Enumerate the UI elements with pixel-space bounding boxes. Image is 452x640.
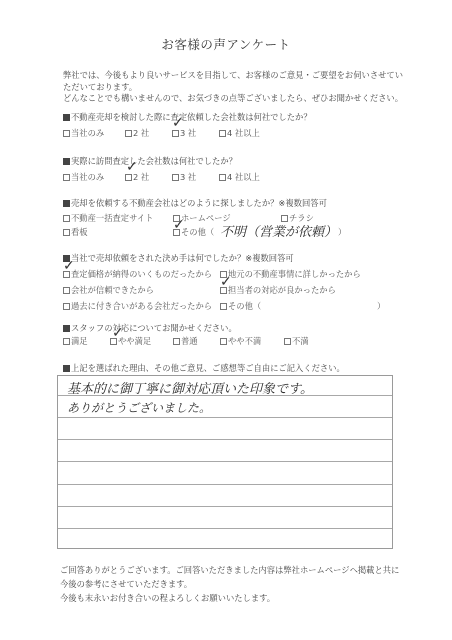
comment-handwritten-line-2: ありがとうございました。 [67, 399, 211, 416]
q5-option-3[interactable]: 普通 [173, 335, 198, 347]
footer-line-1: ご回答ありがとうございます。ご回答いただきました内容は弊社ホームページへ掲載と共… [60, 563, 399, 577]
q4-option-1[interactable]: 査定価格が納得のいくものだったから [63, 268, 212, 280]
q4-option-2[interactable]: 地元の不動産事情に詳しかったから [220, 268, 361, 280]
comment-box[interactable]: 基本的に御丁寧に御対応頂いた印象です。 ありがとうございました。 [57, 375, 393, 549]
checkbox-icon[interactable] [63, 229, 70, 236]
checkbox-icon[interactable] [219, 174, 226, 181]
q4-option-5[interactable]: 過去に付き合いがある会社だったから [63, 300, 212, 312]
q4-option-3[interactable]: 会社が信頼できたから [63, 284, 154, 296]
question-1-label: 不動産売却を検討した際に査定依頼した会社数は何社でしたか？ [63, 111, 312, 123]
square-bullet-icon [63, 325, 70, 332]
checkbox-icon[interactable] [125, 130, 132, 137]
q4-other-close-paren: ） [377, 300, 385, 312]
checkbox-icon[interactable] [284, 338, 291, 345]
question-2-label: 実際に訪問査定した会社数は何社でしたか？ [63, 155, 237, 167]
q3-option-4[interactable]: 看板 [63, 226, 88, 238]
comment-handwritten-line-1: 基本的に御丁寧に御対応頂いた印象です。 [67, 378, 313, 397]
checkbox-icon[interactable] [63, 130, 70, 137]
square-bullet-icon [63, 200, 70, 207]
ruled-line [58, 417, 392, 418]
question-3-label: 売却を依頼する不動産会社はどのように探しましたか？※複数回答可 [63, 197, 327, 209]
q2-option-1[interactable]: 当社のみ [63, 171, 104, 183]
q5-option-1[interactable]: 満足 [63, 335, 88, 347]
other-handwritten-answer: 不明（営業が依頼） [220, 221, 337, 240]
q1-option-4[interactable]: 4 社以上 [219, 127, 260, 139]
checkbox-icon[interactable] [220, 338, 227, 345]
q2-option-4[interactable]: 4 社以上 [219, 171, 260, 183]
footer-line-2: 今後の参考にさせていただきます。 [60, 577, 399, 591]
q2-option-3[interactable]: 3 社 [172, 171, 196, 183]
question-4-label: 当社で売却依頼をされた決め手は何でしたか？※複数回答可 [63, 252, 294, 264]
q3-other-close-paren: ） [338, 226, 346, 238]
q4-option-6[interactable]: その他（ [220, 300, 261, 312]
footer-text: ご回答ありがとうございます。ご回答いただきました内容は弊社ホームページへ掲載と共… [60, 563, 399, 605]
ruled-line [58, 506, 392, 507]
checkbox-icon[interactable] [63, 174, 70, 181]
intro-line-1: 弊社では、今後もより良いサービスを目指して、お客様のご意見・ご要望をお伺いさせて… [63, 70, 403, 82]
checkbox-icon[interactable] [220, 303, 227, 310]
check-mark-icon: ✓ [126, 160, 138, 174]
intro-text: 弊社では、今後もより良いサービスを目指して、お客様のご意見・ご要望をお伺いさせて… [63, 70, 403, 105]
check-mark-icon: ✓ [172, 116, 184, 130]
intro-line-2: ただいております。 [63, 82, 403, 94]
checkbox-icon[interactable] [63, 303, 70, 310]
ruled-line [58, 461, 392, 462]
q5-option-4[interactable]: やや不満 [220, 335, 261, 347]
q3-option-1[interactable]: 不動産一括査定サイト [63, 212, 153, 224]
page-title: お客様の声アンケート [0, 35, 452, 53]
q5-option-5[interactable]: 不満 [284, 335, 309, 347]
check-mark-icon: ✓ [220, 275, 232, 289]
question-6-label: 上記を選ばれた理由、その他ご意見、ご感想等ご自由にご記入ください。 [63, 362, 345, 374]
ruled-line [58, 528, 392, 529]
square-bullet-icon [63, 114, 70, 121]
check-mark-icon: ✓ [112, 326, 124, 340]
check-mark-icon: ✓ [173, 218, 185, 232]
q1-option-2[interactable]: 2 社 [125, 127, 149, 139]
footer-line-3: 今後も末永いお付き合いの程よろしくお願いいたします。 [60, 591, 399, 605]
checkbox-icon[interactable] [63, 215, 70, 222]
intro-line-3: どんなことでも構いませんので、お気づきの点等ございましたら、ぜひお聞かせください… [63, 93, 403, 105]
checkbox-icon[interactable] [219, 130, 226, 137]
check-mark-icon: ✓ [63, 259, 75, 273]
checkbox-icon[interactable] [172, 174, 179, 181]
q4-option-4[interactable]: 担当者の対応が良かったから [220, 284, 336, 296]
ruled-line [58, 484, 392, 485]
square-bullet-icon [63, 158, 70, 165]
checkbox-icon[interactable] [63, 338, 70, 345]
checkbox-icon[interactable] [63, 287, 70, 294]
question-5-label: スタッフの対応についてお聞かせください。 [63, 322, 237, 334]
q1-option-1[interactable]: 当社のみ [63, 127, 104, 139]
square-bullet-icon [63, 365, 70, 372]
ruled-line [58, 439, 392, 440]
checkbox-icon[interactable] [173, 338, 180, 345]
